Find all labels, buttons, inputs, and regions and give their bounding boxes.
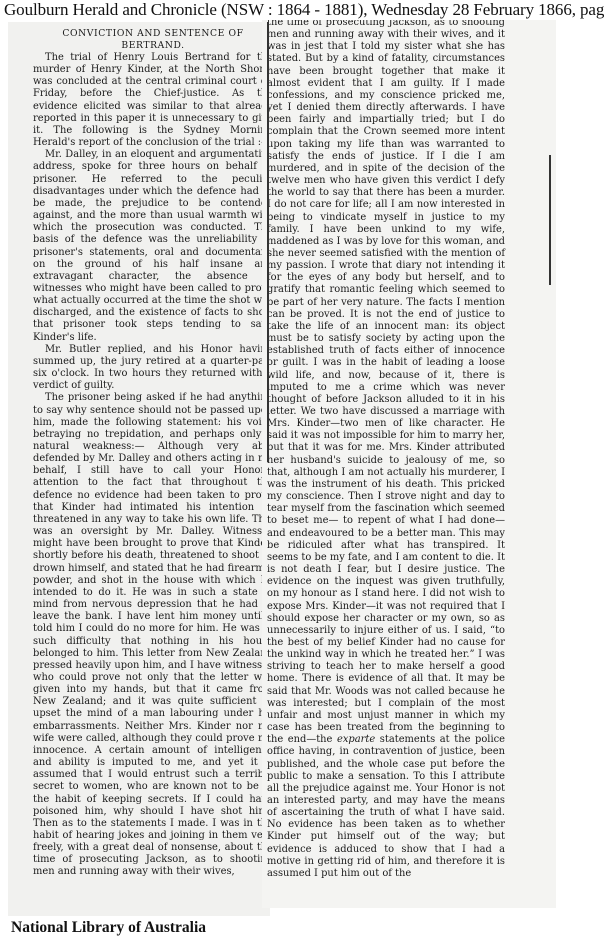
italic-term: exparte xyxy=(337,734,375,745)
column-divider xyxy=(267,22,269,462)
article-headline: CONVICTION AND SENTENCE OFBERTRAND. xyxy=(33,28,270,52)
article-paragraph: Mr. Butler replied, and his Honor having… xyxy=(33,344,270,393)
article-paragraph: Mr. Dalley, in an eloquent and argumenta… xyxy=(33,149,270,344)
headline-line-2: BERTRAND. xyxy=(121,40,184,51)
article-clipping-right: the time of prosecuting Jackson, as to s… xyxy=(262,20,556,908)
continued-text: the time of prosecuting Jackson, as to s… xyxy=(267,20,505,745)
continued-text-end: statements at the police office having, … xyxy=(267,734,505,879)
column-edge-rule xyxy=(549,155,551,285)
article-column-right: the time of prosecuting Jackson, as to s… xyxy=(267,20,505,880)
article-paragraph-continued: the time of prosecuting Jackson, as to s… xyxy=(267,20,505,880)
page-title: Goulburn Herald and Chronicle (NSW : 186… xyxy=(4,0,604,20)
article-paragraph: The prisoner being asked if he had anyth… xyxy=(33,392,270,878)
headline-line-1: CONVICTION AND SENTENCE OF xyxy=(62,28,243,39)
article-clipping-left: CONVICTION AND SENTENCE OFBERTRAND. The … xyxy=(8,22,270,916)
article-paragraph: The trial of Henry Louis Bertrand for th… xyxy=(33,52,270,149)
source-credit: National Library of Australia xyxy=(11,918,206,938)
article-column-left: CONVICTION AND SENTENCE OFBERTRAND. The … xyxy=(33,28,270,879)
